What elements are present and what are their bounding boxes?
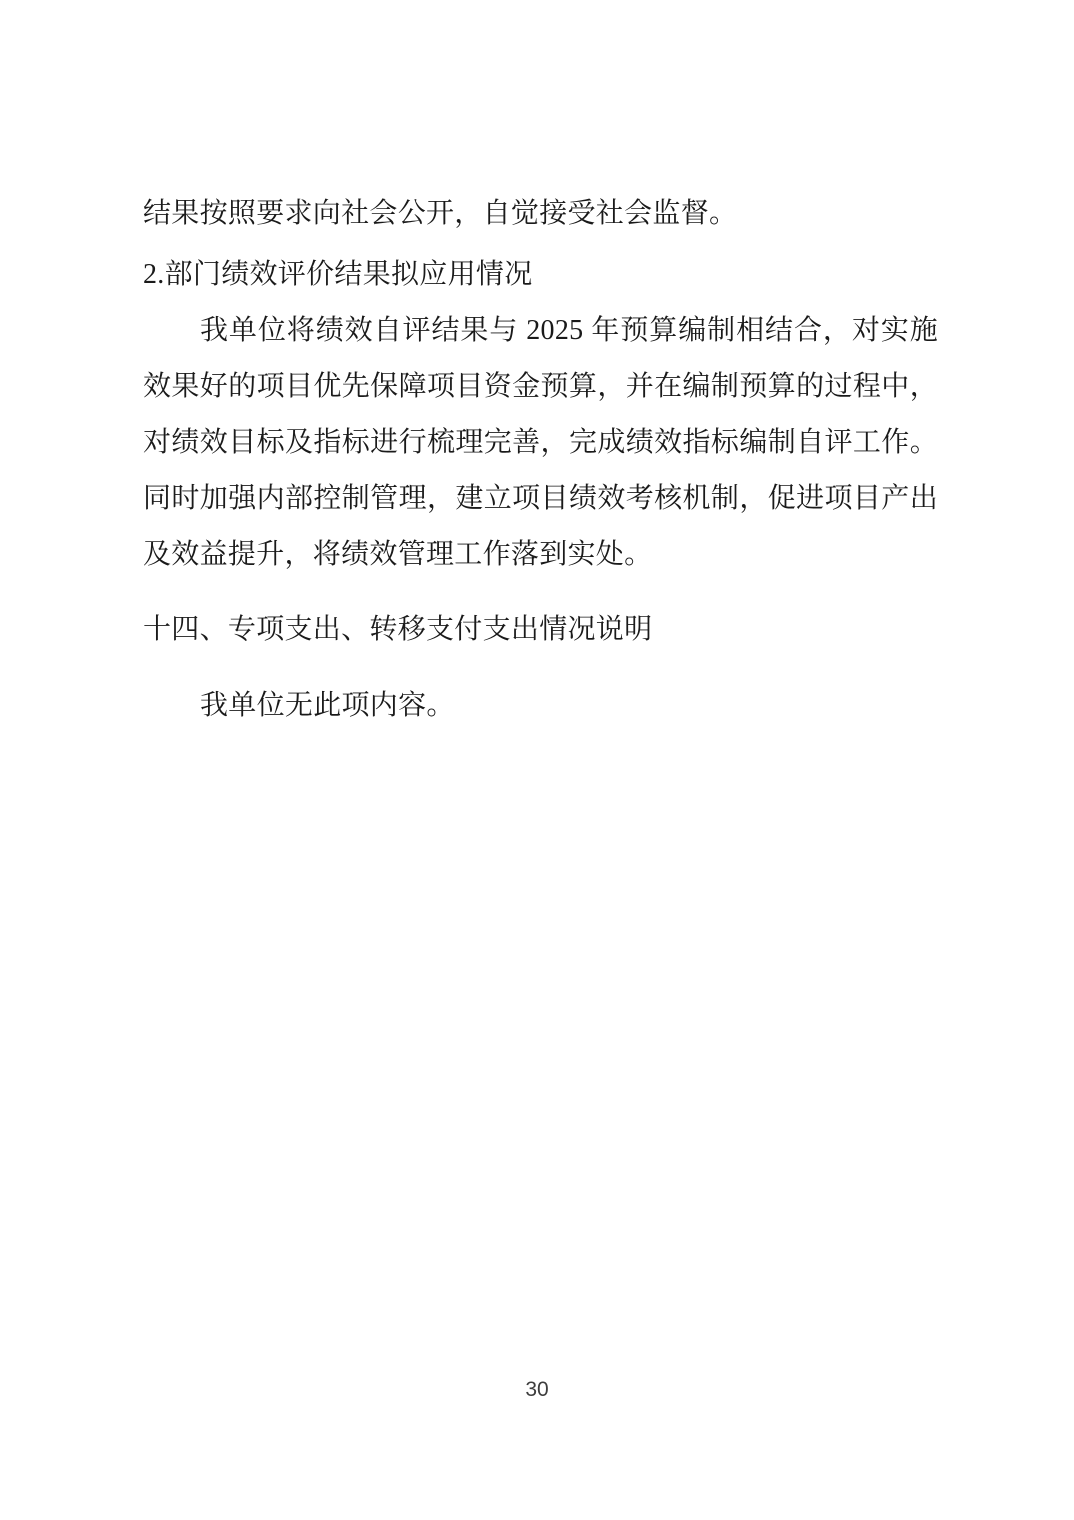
application-paragraph-line-1: 我单位将绩效自评结果与 2025 年预算编制相结合，对实施 xyxy=(143,303,938,359)
section-14-heading: 十四、专项支出、转移支付支出情况说明 xyxy=(143,602,938,658)
application-paragraph-line-3: 对绩效目标及指标进行梳理完善，完成绩效指标编制自评工作。 xyxy=(143,415,938,471)
document-page: 结果按照要求向社会公开，自觉接受社会监督。 2.部门绩效评价结果拟应用情况 我单… xyxy=(0,0,1074,1520)
item-2-subheading: 2.部门绩效评价结果拟应用情况 xyxy=(143,247,938,303)
application-paragraph-line-2: 效果好的项目优先保障项目资金预算，并在编制预算的过程中， xyxy=(143,359,938,415)
application-paragraph-line-5: 及效益提升，将绩效管理工作落到实处。 xyxy=(143,527,938,583)
paragraph-continuation-line: 结果按照要求向社会公开，自觉接受社会监督。 xyxy=(143,186,938,242)
section-14-body: 我单位无此项内容。 xyxy=(143,678,938,734)
page-number: 30 xyxy=(0,1378,1074,1402)
document-body: 结果按照要求向社会公开，自觉接受社会监督。 2.部门绩效评价结果拟应用情况 我单… xyxy=(143,186,938,734)
application-paragraph-line-4: 同时加强内部控制管理，建立项目绩效考核机制，促进项目产出 xyxy=(143,471,938,527)
